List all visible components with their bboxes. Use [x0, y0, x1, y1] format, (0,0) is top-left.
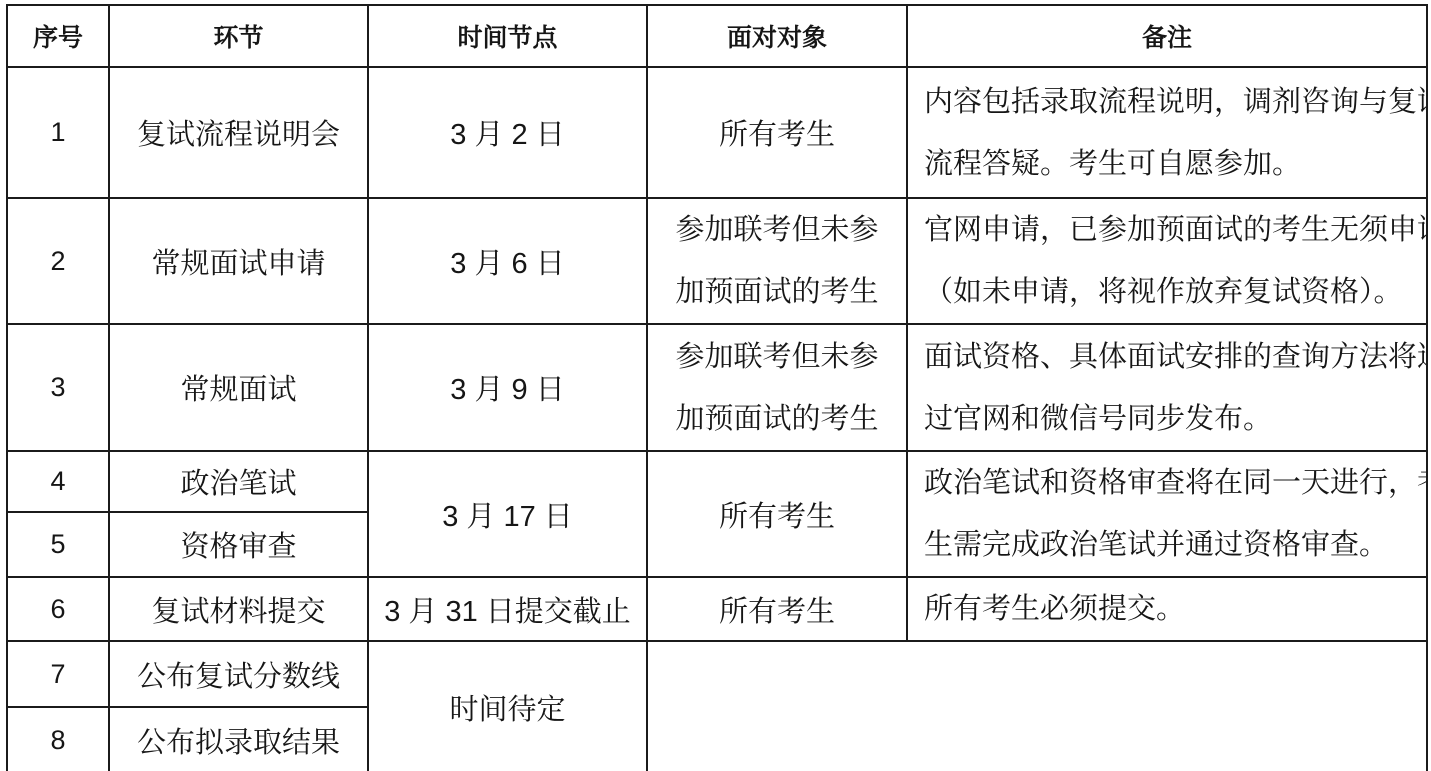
table-row-6: 6 复试材料提交 3 月 31 日提交截止 所有考生 所有考生必须提交。: [7, 577, 1427, 641]
cell-r3-time: 3 月 9 日: [368, 324, 647, 451]
cell-r3-audience: 参加联考但未参 加预面试的考生: [647, 324, 907, 451]
cell-r3-remark: 面试资格、具体面试安排的查询方法将通 过官网和微信号同步发布。: [907, 324, 1427, 451]
header-stage: 环节: [109, 5, 368, 67]
cell-r6-audience: 所有考生: [647, 577, 907, 641]
cell-r2-no: 2: [7, 198, 109, 324]
cell-r7-no: 7: [7, 641, 109, 707]
cell-r4-no: 4: [7, 451, 109, 512]
cell-r1-remark: 内容包括录取流程说明，调剂咨询与复试 流程答疑。考生可自愿参加。: [907, 67, 1427, 198]
cell-r78-time: 时间待定: [368, 641, 647, 771]
table-row-2: 2 常规面试申请 3 月 6 日 参加联考但未参 加预面试的考生 官网申请，已参…: [7, 198, 1427, 324]
document-page: 序号 环节 时间节点 面对对象 备注 1 复试流程说明会 3 月 2 日 所有考…: [0, 0, 1431, 771]
remark-line: 生需完成政治笔试并通过资格审查。: [924, 514, 1426, 576]
cell-r2-time: 3 月 6 日: [368, 198, 647, 324]
cell-r1-audience: 所有考生: [647, 67, 907, 198]
audience-line: 加预面试的考生: [648, 388, 906, 450]
cell-r6-stage: 复试材料提交: [109, 577, 368, 641]
table-row-3: 3 常规面试 3 月 9 日 参加联考但未参 加预面试的考生 面试资格、具体面试…: [7, 324, 1427, 451]
cell-r7-stage: 公布复试分数线: [109, 641, 368, 707]
cell-r1-stage: 复试流程说明会: [109, 67, 368, 198]
table-row-4: 4 政治笔试 3 月 17 日 所有考生 政治笔试和资格审查将在同一天进行，考 …: [7, 451, 1427, 512]
header-row: 序号 环节 时间节点 面对对象 备注: [7, 5, 1427, 67]
cell-r4-stage: 政治笔试: [109, 451, 368, 512]
cell-r2-remark: 官网申请，已参加预面试的考生无须申请 （如未申请，将视作放弃复试资格）。: [907, 198, 1427, 324]
header-no: 序号: [7, 5, 109, 67]
schedule-table: 序号 环节 时间节点 面对对象 备注 1 复试流程说明会 3 月 2 日 所有考…: [6, 4, 1428, 771]
remark-line: （如未申请，将视作放弃复试资格）。: [924, 261, 1426, 323]
cell-r2-audience: 参加联考但未参 加预面试的考生: [647, 198, 907, 324]
audience-line: 加预面试的考生: [648, 261, 906, 323]
cell-r3-stage: 常规面试: [109, 324, 368, 451]
table-row-7: 7 公布复试分数线 时间待定: [7, 641, 1427, 707]
cell-r45-time: 3 月 17 日: [368, 451, 647, 577]
cell-r45-audience: 所有考生: [647, 451, 907, 577]
cell-r1-time: 3 月 2 日: [368, 67, 647, 198]
remark-line: 政治笔试和资格审查将在同一天进行，考: [924, 452, 1426, 514]
cell-r8-no: 8: [7, 707, 109, 771]
remark-line: 过官网和微信号同步发布。: [924, 388, 1426, 450]
header-audience: 面对对象: [647, 5, 907, 67]
remark-line: 所有考生必须提交。: [924, 578, 1426, 640]
remark-line: 内容包括录取流程说明，调剂咨询与复试: [924, 71, 1426, 133]
remark-line: 官网申请，已参加预面试的考生无须申请: [924, 199, 1426, 261]
table-row-1: 1 复试流程说明会 3 月 2 日 所有考生 内容包括录取流程说明，调剂咨询与复…: [7, 67, 1427, 198]
remark-line: 流程答疑。考生可自愿参加。: [924, 133, 1426, 195]
header-remark: 备注: [907, 5, 1427, 67]
audience-line: 参加联考但未参: [648, 326, 906, 388]
cell-r2-stage: 常规面试申请: [109, 198, 368, 324]
cell-r78-empty: [647, 641, 1427, 771]
cell-r6-time: 3 月 31 日提交截止: [368, 577, 647, 641]
cell-r3-no: 3: [7, 324, 109, 451]
cell-r6-remark: 所有考生必须提交。: [907, 577, 1427, 641]
cell-r5-stage: 资格审查: [109, 512, 368, 577]
header-time: 时间节点: [368, 5, 647, 67]
cell-r8-stage: 公布拟录取结果: [109, 707, 368, 771]
cell-r1-no: 1: [7, 67, 109, 198]
audience-line: 参加联考但未参: [648, 199, 906, 261]
cell-r45-remark: 政治笔试和资格审查将在同一天进行，考 生需完成政治笔试并通过资格审查。: [907, 451, 1427, 577]
cell-r6-no: 6: [7, 577, 109, 641]
cell-r5-no: 5: [7, 512, 109, 577]
remark-line: 面试资格、具体面试安排的查询方法将通: [924, 326, 1426, 388]
